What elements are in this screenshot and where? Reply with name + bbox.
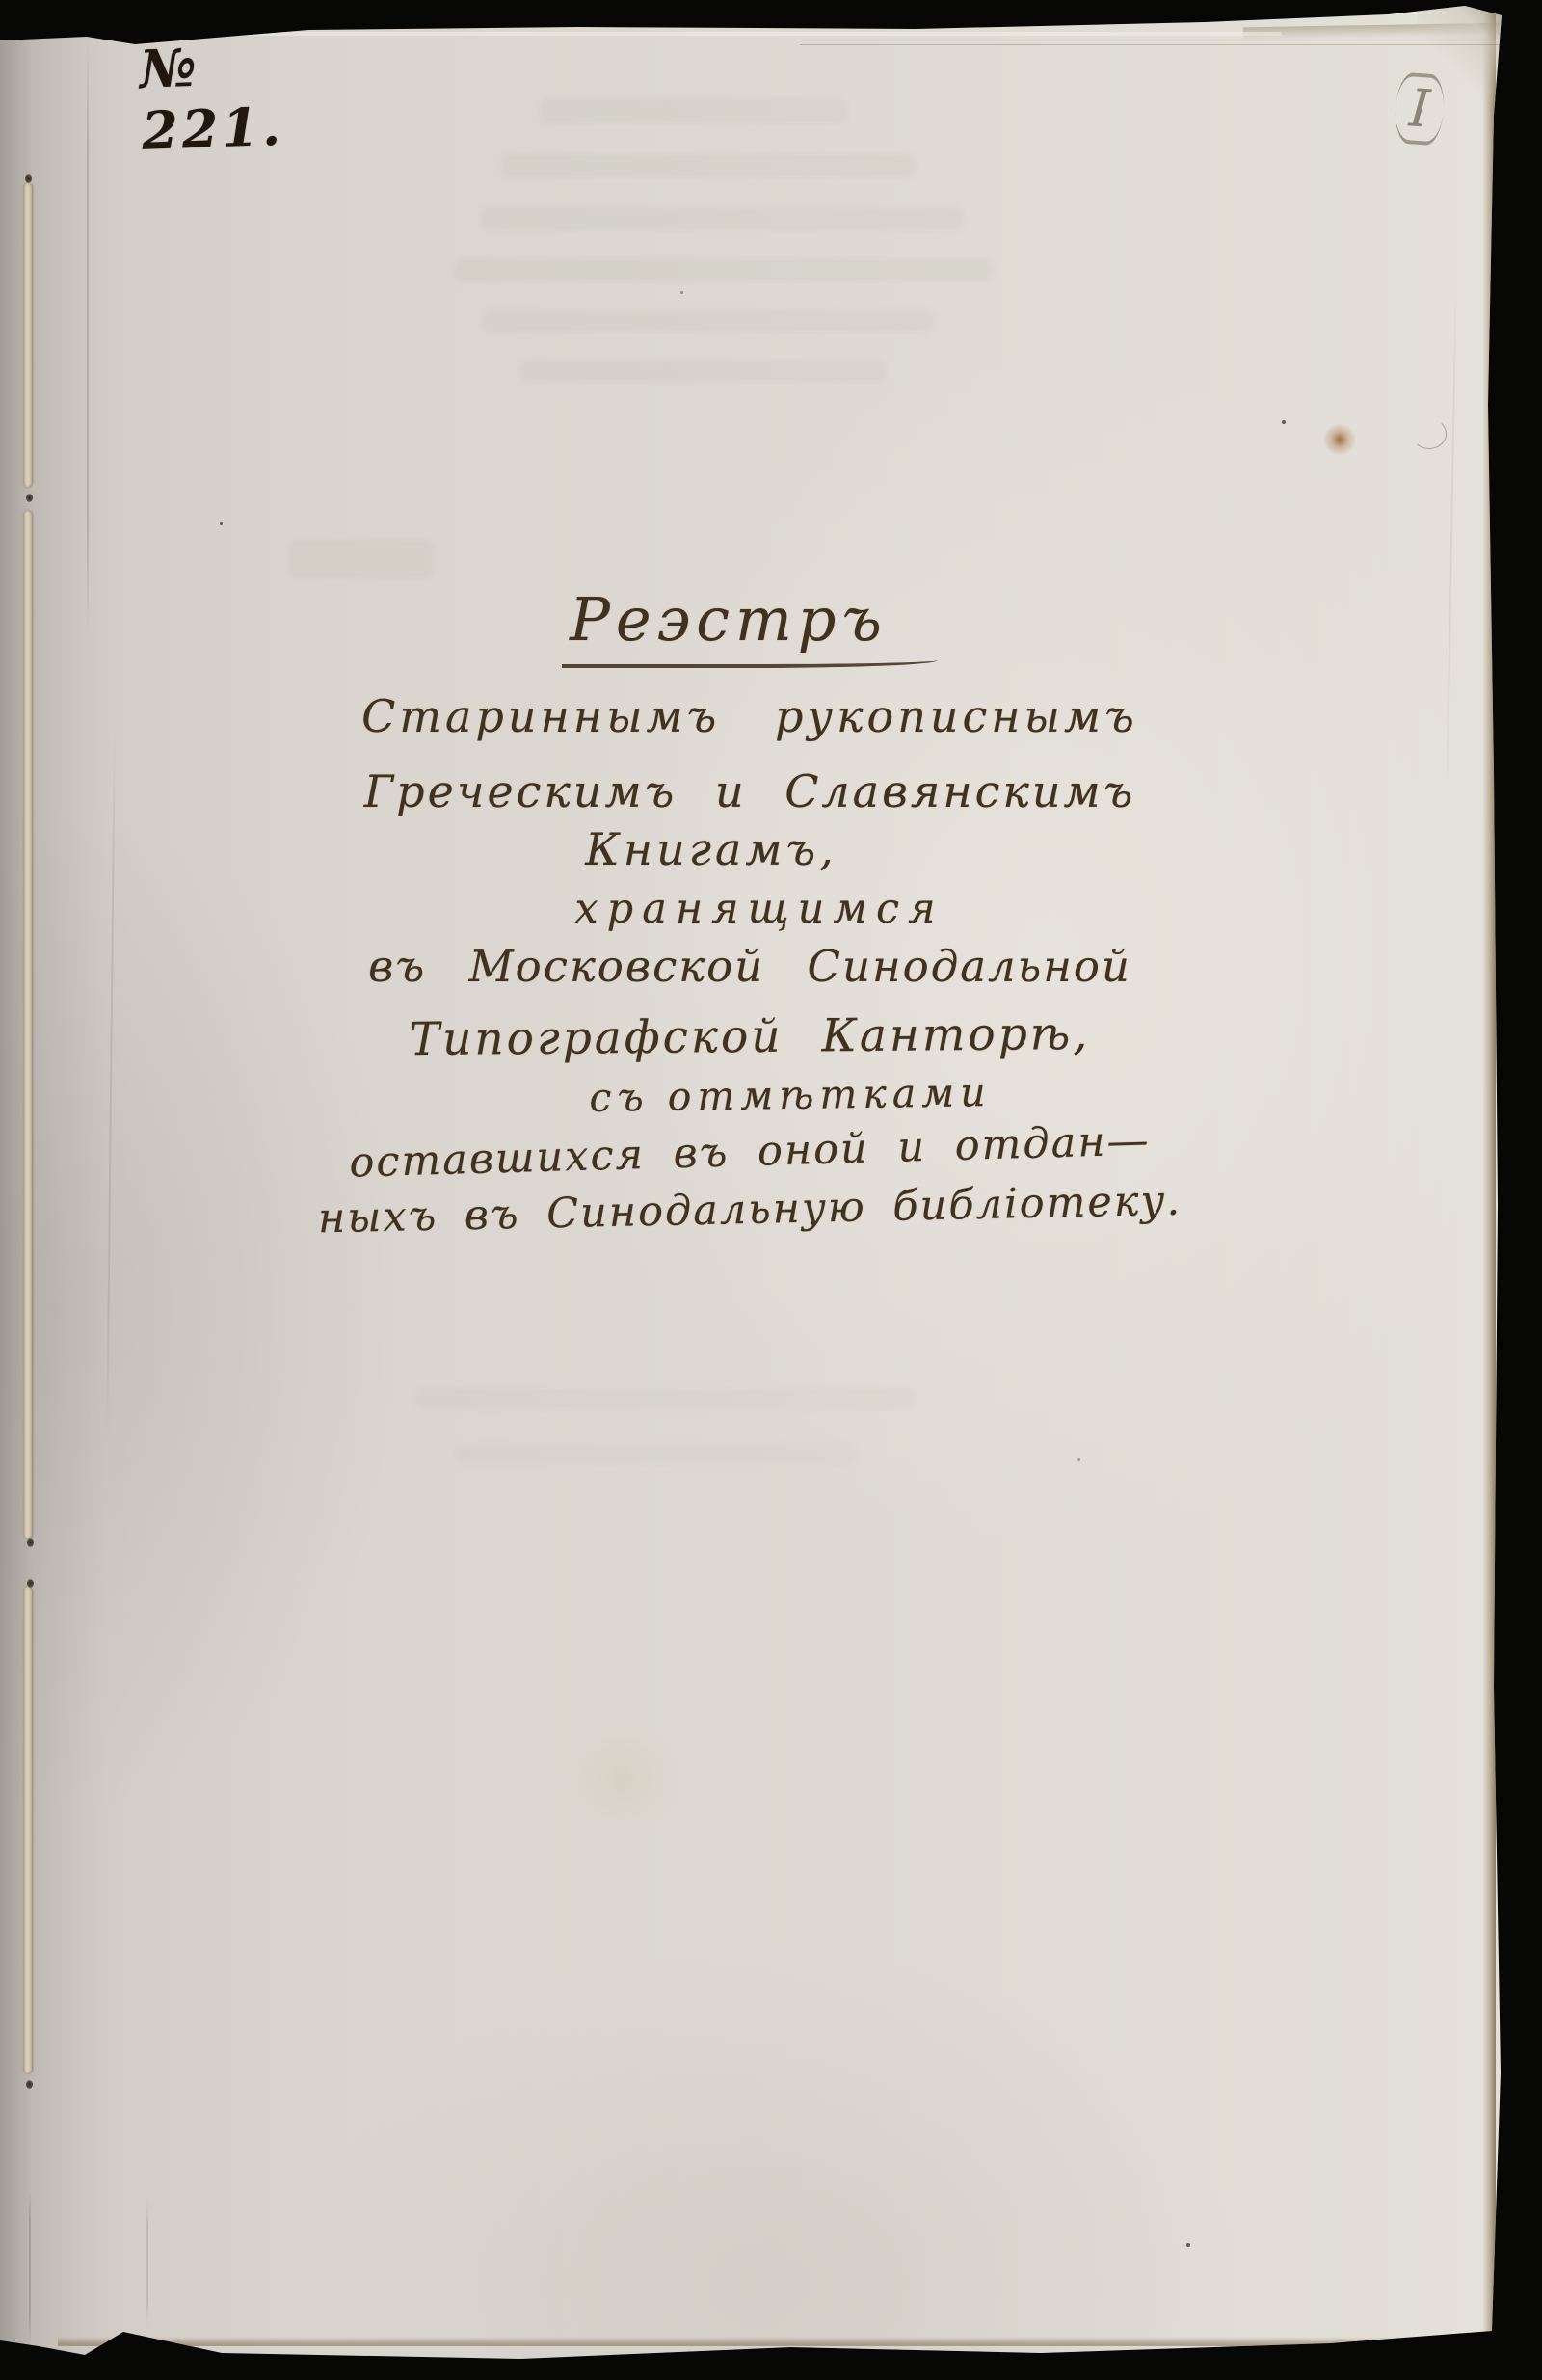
handwritten-title-block: Реэстръ Стариннымъ рукописнымъ Греческим…	[0, 0, 1500, 2380]
title-line: Греческимъ и Славянскимъ	[0, 765, 1500, 817]
title-line: Реэстръ	[0, 584, 1500, 668]
scanned-manuscript-frame: № 221. I Реэстръ Стариннымъ рукописнымъ …	[0, 0, 1542, 2380]
title-line: Типографской Канторѣ,	[0, 1003, 1500, 1070]
title-word-underlined: Реэстръ	[562, 584, 938, 668]
title-line: въ Московской Синодальной	[0, 941, 1500, 992]
title-line: Книгамъ,	[0, 823, 1461, 875]
title-line: хранящимся	[10, 885, 1509, 933]
manuscript-page: № 221. I Реэстръ Стариннымъ рукописнымъ …	[0, 0, 1542, 2380]
title-line: Стариннымъ рукописнымъ	[0, 690, 1500, 742]
